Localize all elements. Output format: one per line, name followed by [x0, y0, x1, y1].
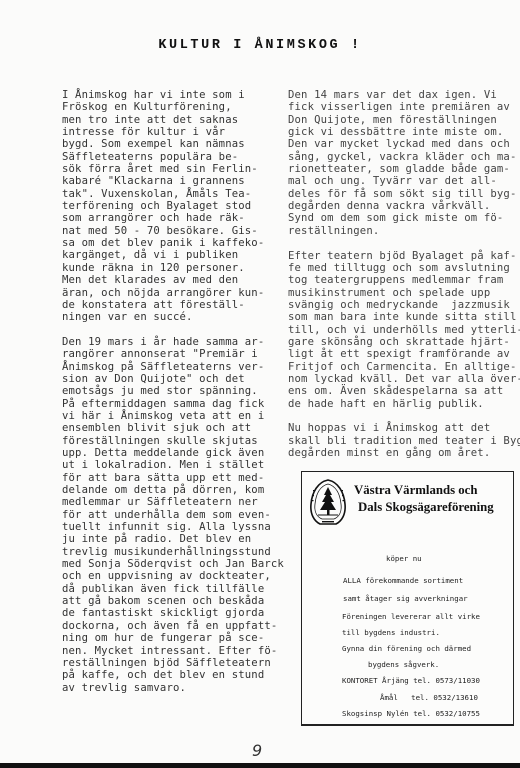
- article-paragraph: Den 19 mars i år hade samma ar-rangörer …: [62, 336, 284, 694]
- text-line: deles för få som sökt sig till byg-: [288, 188, 520, 200]
- text-line: emotsågs ju med stor spänning.: [62, 385, 284, 397]
- text-line: rangörer annonserat "Premiär i: [62, 348, 284, 360]
- text-line: musikinstrument och spelade upp: [288, 287, 520, 299]
- text-line: degården denna vackra vårkväll.: [288, 200, 520, 212]
- text-line: kabaré "Klackarna i grannens: [62, 175, 284, 187]
- text-line: de konstatera att föreställ-: [62, 299, 284, 311]
- text-line: av trevlig samvaro.: [62, 682, 284, 694]
- text-line: då publikan även fick tillfälle: [62, 583, 284, 595]
- text-line: Efter teatern bjöd Byalaget på kaf-: [288, 250, 520, 262]
- text-line: Den 19 mars i år hade samma ar-: [62, 336, 284, 348]
- text-line: nom lyckad kväll. Det var alla över-: [288, 373, 520, 385]
- text-line: svängig och medryckande jazzmusik: [288, 299, 520, 311]
- text-line: sök förra året med sin Ferlin-: [62, 163, 284, 175]
- text-line: reställningen.: [288, 225, 520, 237]
- text-line: bygd. Som exempel kan nämnas: [62, 138, 284, 150]
- advertiser-name-line1: Västra Värmlands och: [354, 483, 477, 497]
- text-line: gare skönsång och skrattade hjärt-: [288, 336, 520, 348]
- article-paragraph: Efter teatern bjöd Byalaget på kaf-fe me…: [288, 250, 520, 410]
- article-title: KULTUR I ÅNIMSKOG !: [0, 38, 520, 53]
- article-paragraph: I Ånimskog har vi inte som iFröskog en K…: [62, 89, 284, 324]
- text-line: äran, och nöjda arrangörer kun-: [62, 287, 284, 299]
- advertiser-name-line2: Dals Skogsägareförening: [354, 500, 494, 514]
- text-line: som man bara inte kunde sitta still: [288, 311, 520, 323]
- text-line: mal och ung. Tyvärr var det all-: [288, 175, 520, 187]
- text-line: Men det klarades av med den: [62, 274, 284, 286]
- text-line: de hade haft en härlig publik.: [288, 398, 520, 410]
- text-line: Fröskog en Kulturförening,: [62, 101, 284, 113]
- text-line: för att bara sätta upp ett med-: [62, 472, 284, 484]
- text-line: ning om hur de fungerar på sce-: [62, 632, 284, 644]
- text-line: sion av Don Quijote" och det: [62, 373, 284, 385]
- text-line: Den 14 mars var det dax igen. Vi: [288, 89, 520, 101]
- text-line: gick vi dessbättre inte miste om.: [288, 126, 520, 138]
- advertisement-box: Västra Värmlands och Dals Skogsägareföre…: [301, 471, 514, 726]
- ad-line: bygdens sågverk.: [368, 660, 439, 669]
- text-line: degården minst en gång om året.: [288, 447, 520, 459]
- text-line: intresse för kultur i vår: [62, 126, 284, 138]
- text-line: Nu hoppas vi i Ånimskog att det: [288, 422, 520, 434]
- text-line: delande om detta på dörren, kom: [62, 484, 284, 496]
- ad-line: till bygdens industri.: [342, 628, 440, 637]
- text-line: som arrangörer och hade räk-: [62, 212, 284, 224]
- text-line: Ånimskog på Säffleteaterns ver-: [62, 361, 284, 373]
- text-line: rionetteater, som gladde både gam-: [288, 163, 520, 175]
- text-line: Don Quijote, men föreställningen: [288, 114, 520, 126]
- text-line: ju inte på radio. Det blev en: [62, 533, 284, 545]
- ad-contact-amal: Åmål tel. 0532/13610: [380, 693, 478, 702]
- text-line: nat med 50 - 70 besökare. Gis-: [62, 225, 284, 237]
- text-line: ningen var en succé.: [62, 311, 284, 323]
- text-line: tuellt infunnit sig. Alla lyssna: [62, 521, 284, 533]
- ad-line: köper nu: [386, 554, 422, 563]
- ad-contact-office: KONTORET Årjäng tel. 0573/11030: [342, 676, 480, 685]
- text-line: upp. Detta meddelande gick även: [62, 447, 284, 459]
- text-line: Synd om dem som gick miste om fö-: [288, 212, 520, 224]
- text-line: kunde räkna in 120 personer.: [62, 262, 284, 274]
- ad-line: Föreningen levererar allt virke: [342, 612, 480, 621]
- text-line: de fantastiskt skickligt gjorda: [62, 607, 284, 619]
- text-line: terförening och Byalaget stod: [62, 200, 284, 212]
- text-line: vi här i Ånimskog veta att en i: [62, 410, 284, 422]
- text-line: på kaffe, och det blev en stund: [62, 669, 284, 681]
- text-line: med Sonja Söderqvist och Jan Barck: [62, 558, 284, 570]
- text-line: trevlig musikunderhållningsstund: [62, 546, 284, 558]
- text-line: sa om det blev panik i kaffeko-: [62, 237, 284, 249]
- text-line: medlemmar ur Säffleteatern ner: [62, 496, 284, 508]
- text-line: ens om. Även skådespelarna sa att: [288, 385, 520, 397]
- pine-tree-emblem-icon: [308, 478, 348, 526]
- text-line: ligt åt ett spexigt framförande av: [288, 348, 520, 360]
- ad-line: Gynna din förening och därmed: [342, 644, 471, 653]
- text-line: och en uppvisning av dockteater,: [62, 570, 284, 582]
- article-paragraph: Nu hoppas vi i Ånimskog att detskall bli…: [288, 422, 520, 459]
- text-line: reställningen bjöd Säffleteatern: [62, 657, 284, 669]
- text-line: sång, gyckel, vackra kläder och ma-: [288, 151, 520, 163]
- text-line: för att underhålla dem som even-: [62, 509, 284, 521]
- text-line: tak". Vuxenskolan, Åmåls Tea-: [62, 188, 284, 200]
- text-line: föreställningen skulle skjutas: [62, 435, 284, 447]
- text-line: kargänget, då vi i publiken: [62, 249, 284, 261]
- scan-bottom-edge: [0, 763, 520, 768]
- text-line: Den var mycket lyckad med dans och: [288, 138, 520, 150]
- text-line: Säffleteaterns populära be-: [62, 151, 284, 163]
- text-line: att gå bakom scenen och beskåda: [62, 595, 284, 607]
- text-line: fick visserligen inte premiären av: [288, 101, 520, 113]
- text-line: fe med tilltugg och som avslutning: [288, 262, 520, 274]
- text-line: På eftermiddagen samma dag fick: [62, 398, 284, 410]
- article-right-column: Den 14 mars var det dax igen. Vifick vis…: [288, 89, 520, 472]
- article-left-column: I Ånimskog har vi inte som iFröskog en K…: [62, 89, 284, 706]
- text-line: ensemblen blivit sjuk och att: [62, 422, 284, 434]
- text-line: ut i lokalradion. Men i stället: [62, 459, 284, 471]
- advertiser-name: Västra Värmlands och Dals Skogsägareföre…: [354, 482, 514, 516]
- text-line: men tro inte att det saknas: [62, 114, 284, 126]
- text-line: I Ånimskog har vi inte som i: [62, 89, 284, 101]
- text-line: Fritjof och Carmencita. En alltige-: [288, 361, 520, 373]
- article-paragraph: Den 14 mars var det dax igen. Vifick vis…: [288, 89, 520, 237]
- ad-line: ALLA förekommande sortiment: [343, 576, 463, 585]
- page-number: 9: [252, 741, 262, 760]
- ad-line: samt åtager sig avverkningar: [343, 594, 468, 603]
- text-line: till, och vi underhölls med ytterli-: [288, 324, 520, 336]
- text-line: skall bli tradition med teater i Byg-: [288, 435, 520, 447]
- ad-contact-inspector: Skogsinsp Nylén tel. 0532/10755: [342, 709, 480, 718]
- text-line: tog teatergruppens medlemmar fram: [288, 274, 520, 286]
- text-line: dockorna, och även få en uppfatt-: [62, 620, 284, 632]
- text-line: nen. Mycket intressant. Efter fö-: [62, 645, 284, 657]
